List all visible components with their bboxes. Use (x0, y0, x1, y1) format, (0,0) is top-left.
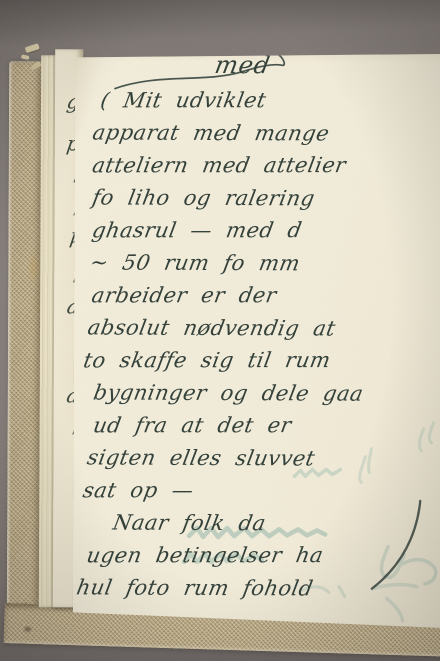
heading-underline-stroke (115, 55, 284, 90)
stain-spot (26, 251, 40, 285)
photo-of-notebook: g p l l k l a a l (0, 0, 440, 661)
frayed-corner-thread (21, 54, 30, 60)
ink-strokes-overlay (73, 47, 440, 629)
frayed-corner-thread (25, 43, 40, 53)
stain-spot (23, 625, 33, 633)
book: g p l l k l a a l (0, 0, 440, 661)
ink-flourish-stroke (372, 501, 420, 589)
book-cover-left-edge (7, 61, 43, 633)
main-page: med ( Mit udviklet apparat med mange att… (73, 47, 440, 629)
